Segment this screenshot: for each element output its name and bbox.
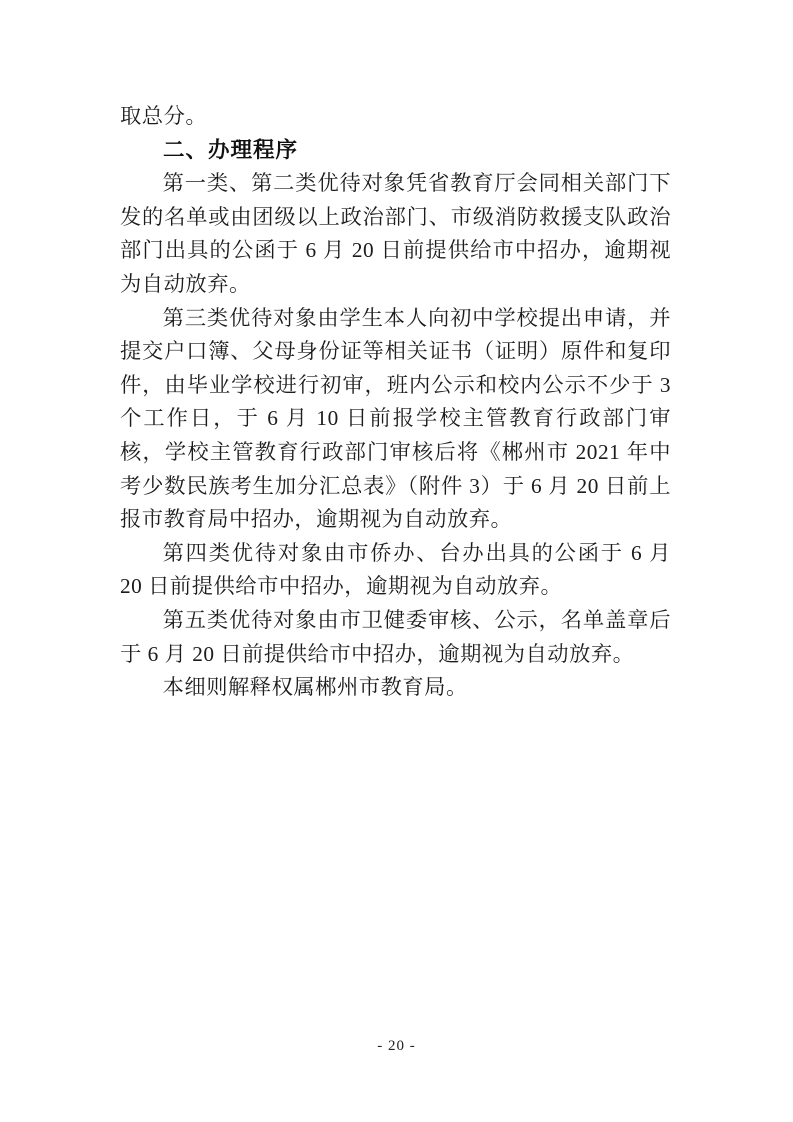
paragraph-continuation: 取总分。 <box>120 100 671 134</box>
paragraph-interpretation-rights: 本细则解释权属郴州市教育局。 <box>120 671 671 705</box>
paragraph-category-1-2: 第一类、第二类优待对象凭省教育厅会同相关部门下发的名单或由团级以上政治部门、市级… <box>120 167 671 301</box>
paragraph-category-5: 第五类优待对象由市卫健委审核、公示，名单盖章后于 6 月 20 日前提供给市中招… <box>120 604 671 671</box>
page-number: - 20 - <box>0 1036 793 1056</box>
paragraph-category-4: 第四类优待对象由市侨办、台办出具的公函于 6 月 20 日前提供给市中招办，逾期… <box>120 537 671 604</box>
section-heading: 二、办理程序 <box>120 134 671 168</box>
paragraph-category-3: 第三类优待对象由学生本人向初中学校提出申请，并提交户口簿、父母身份证等相关证书（… <box>120 302 671 537</box>
document-text-block: 取总分。 二、办理程序 第一类、第二类优待对象凭省教育厅会同相关部门下发的名单或… <box>120 100 671 705</box>
document-page: 取总分。 二、办理程序 第一类、第二类优待对象凭省教育厅会同相关部门下发的名单或… <box>0 0 793 1122</box>
